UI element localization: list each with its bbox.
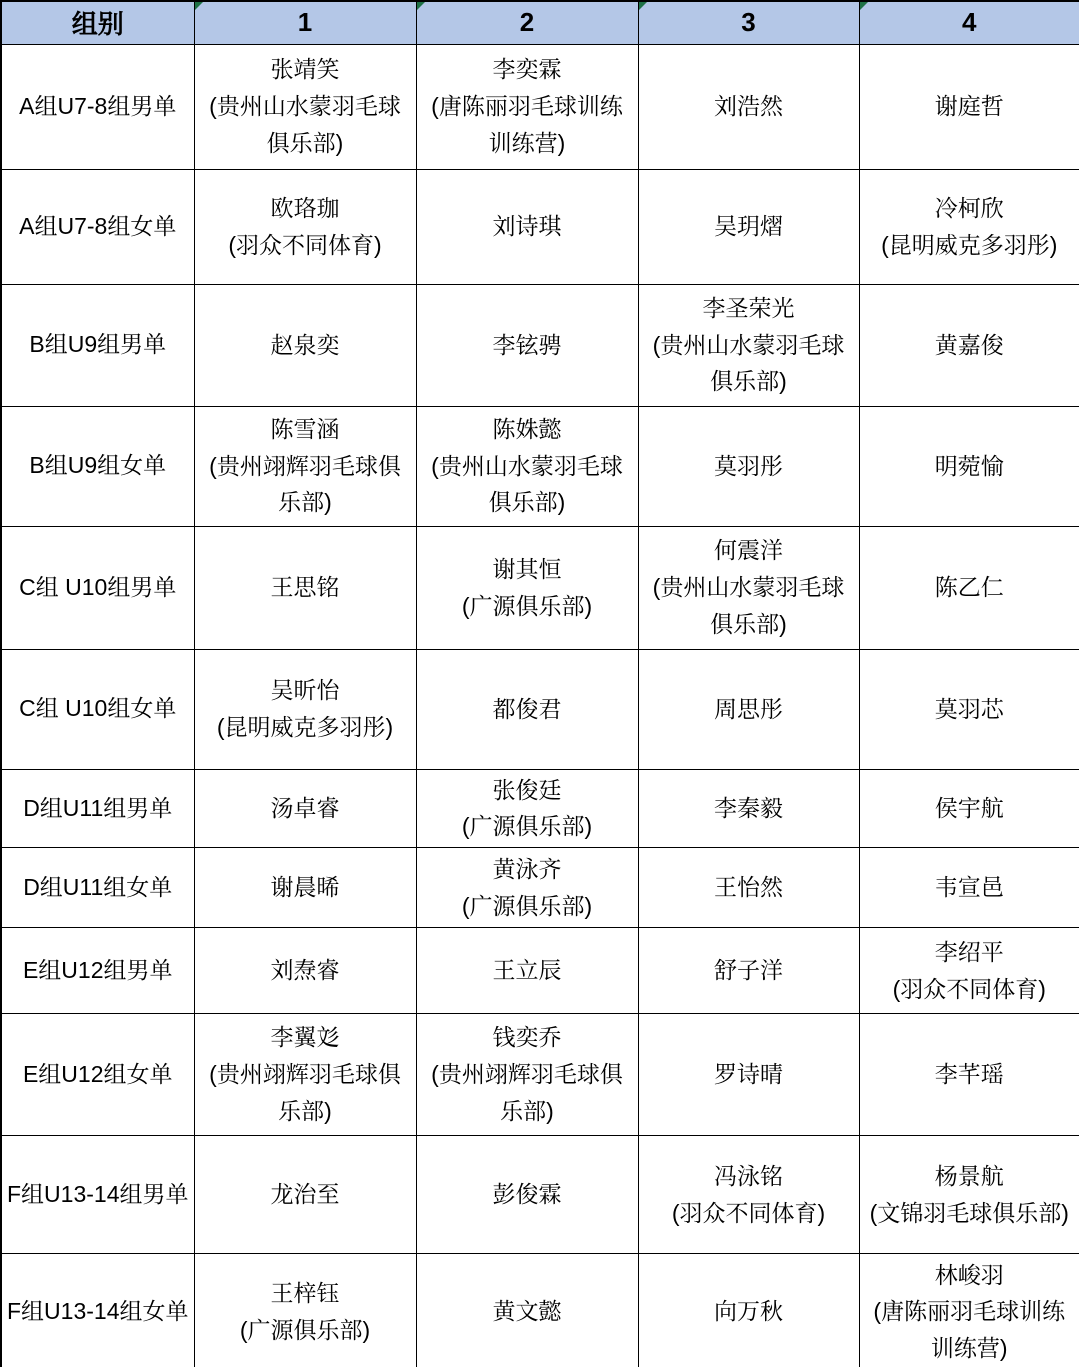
player-cell: 欧珞珈 (羽众不同体育) bbox=[194, 169, 416, 284]
table-row: E组U12组女单 李翼彣 (贵州翊辉羽毛球俱乐部) 钱奕乔 (贵州翊辉羽毛球俱乐… bbox=[1, 1014, 1079, 1136]
player-cell: 谢庭哲 bbox=[859, 44, 1079, 169]
cell-flag-triangle-icon bbox=[639, 2, 647, 10]
player-cell: 杨景航 (文锦羽毛球俱乐部) bbox=[859, 1136, 1079, 1254]
player-cell: 刘浩然 bbox=[638, 44, 859, 169]
table-row: B组U9组男单 赵泉奕 李铉骋 李圣荣光 (贵州山水蒙羽毛球俱乐部) 黄嘉俊 bbox=[1, 284, 1079, 406]
header-seed-1-label: 1 bbox=[298, 7, 312, 37]
header-seed-1: 1 bbox=[194, 1, 416, 44]
table-row: F组U13-14组女单 王梓钰 (广源俱乐部) 黄文懿 向万秋 林峻羽 (唐陈丽… bbox=[1, 1254, 1079, 1367]
header-group-label: 组别 bbox=[72, 9, 124, 39]
player-cell: 吴昕怡 (昆明威克多羽彤) bbox=[194, 649, 416, 769]
header-seed-3: 3 bbox=[638, 1, 859, 44]
player-cell: 王立辰 bbox=[416, 928, 638, 1014]
table-row: F组U13-14组男单 龙治至 彭俊霖 冯泳铭 (羽众不同体育) 杨景航 (文锦… bbox=[1, 1136, 1079, 1254]
player-cell: 韦宣邑 bbox=[859, 848, 1079, 928]
group-cell: E组U12组男单 bbox=[1, 928, 194, 1014]
header-seed-3-label: 3 bbox=[741, 7, 755, 37]
player-cell: 吴玥熠 bbox=[638, 169, 859, 284]
header-seed-4: 4 bbox=[859, 1, 1079, 44]
player-cell: 张俊廷 (广源俱乐部) bbox=[416, 769, 638, 848]
table-row: D组U11组女单 谢晨晞 黄泳齐 (广源俱乐部) 王怡然 韦宣邑 bbox=[1, 848, 1079, 928]
group-cell: F组U13-14组女单 bbox=[1, 1254, 194, 1367]
group-cell: C组 U10组男单 bbox=[1, 526, 194, 649]
player-cell: 王怡然 bbox=[638, 848, 859, 928]
player-cell: 何震洋 (贵州山水蒙羽毛球俱乐部) bbox=[638, 526, 859, 649]
tournament-seeding-sheet: 组别 1 2 3 4 A组U7-8组男单 张靖笑 (贵州山水蒙羽毛球俱乐部) 李… bbox=[0, 0, 1079, 1367]
cell-flag-triangle-icon bbox=[195, 2, 203, 10]
player-cell: 谢晨晞 bbox=[194, 848, 416, 928]
player-cell: 陈乙仁 bbox=[859, 526, 1079, 649]
player-cell: 钱奕乔 (贵州翊辉羽毛球俱乐部) bbox=[416, 1014, 638, 1136]
group-cell: B组U9组男单 bbox=[1, 284, 194, 406]
player-cell: 刘诗琪 bbox=[416, 169, 638, 284]
player-cell: 莫羽彤 bbox=[638, 406, 859, 526]
player-cell: 龙治至 bbox=[194, 1136, 416, 1254]
player-cell: 罗诗晴 bbox=[638, 1014, 859, 1136]
player-cell: 李奕霖 (唐陈丽羽毛球训练训练营) bbox=[416, 44, 638, 169]
table-row: D组U11组男单 汤卓睿 张俊廷 (广源俱乐部) 李秦毅 侯宇航 bbox=[1, 769, 1079, 848]
seeding-table: 组别 1 2 3 4 A组U7-8组男单 张靖笑 (贵州山水蒙羽毛球俱乐部) 李… bbox=[0, 0, 1079, 1367]
player-cell: 李翼彣 (贵州翊辉羽毛球俱乐部) bbox=[194, 1014, 416, 1136]
player-cell: 明菀愉 bbox=[859, 406, 1079, 526]
player-cell: 周思彤 bbox=[638, 649, 859, 769]
player-cell: 李绍平 (羽众不同体育) bbox=[859, 928, 1079, 1014]
cell-flag-triangle-icon bbox=[417, 2, 425, 10]
header-seed-2-label: 2 bbox=[520, 7, 534, 37]
group-cell: B组U9组女单 bbox=[1, 406, 194, 526]
table-row: C组 U10组女单 吴昕怡 (昆明威克多羽彤) 都俊君 周思彤 莫羽芯 bbox=[1, 649, 1079, 769]
player-cell: 黄文懿 bbox=[416, 1254, 638, 1367]
table-row: C组 U10组男单 王思铭 谢其恒 (广源俱乐部) 何震洋 (贵州山水蒙羽毛球俱… bbox=[1, 526, 1079, 649]
player-cell: 李圣荣光 (贵州山水蒙羽毛球俱乐部) bbox=[638, 284, 859, 406]
player-cell: 李秦毅 bbox=[638, 769, 859, 848]
player-cell: 冷柯欣 (昆明威克多羽彤) bbox=[859, 169, 1079, 284]
player-cell: 谢其恒 (广源俱乐部) bbox=[416, 526, 638, 649]
table-row: A组U7-8组男单 张靖笑 (贵州山水蒙羽毛球俱乐部) 李奕霖 (唐陈丽羽毛球训… bbox=[1, 44, 1079, 169]
player-cell: 侯宇航 bbox=[859, 769, 1079, 848]
player-cell: 王思铭 bbox=[194, 526, 416, 649]
group-cell: D组U11组男单 bbox=[1, 769, 194, 848]
player-cell: 张靖笑 (贵州山水蒙羽毛球俱乐部) bbox=[194, 44, 416, 169]
header-seed-4-label: 4 bbox=[962, 7, 976, 37]
group-cell: A组U7-8组男单 bbox=[1, 44, 194, 169]
cell-flag-triangle-icon bbox=[860, 2, 868, 10]
header-row: 组别 1 2 3 4 bbox=[1, 1, 1079, 44]
group-cell: C组 U10组女单 bbox=[1, 649, 194, 769]
group-cell: F组U13-14组男单 bbox=[1, 1136, 194, 1254]
group-cell: A组U7-8组女单 bbox=[1, 169, 194, 284]
header-group-column: 组别 bbox=[1, 1, 194, 44]
player-cell: 赵泉奕 bbox=[194, 284, 416, 406]
player-cell: 李芊瑶 bbox=[859, 1014, 1079, 1136]
player-cell: 王梓钰 (广源俱乐部) bbox=[194, 1254, 416, 1367]
player-cell: 林峻羽 (唐陈丽羽毛球训练训练营) bbox=[859, 1254, 1079, 1367]
player-cell: 莫羽芯 bbox=[859, 649, 1079, 769]
player-cell: 冯泳铭 (羽众不同体育) bbox=[638, 1136, 859, 1254]
player-cell: 黄泳齐 (广源俱乐部) bbox=[416, 848, 638, 928]
header-seed-2: 2 bbox=[416, 1, 638, 44]
player-cell: 舒子洋 bbox=[638, 928, 859, 1014]
player-cell: 黄嘉俊 bbox=[859, 284, 1079, 406]
player-cell: 向万秋 bbox=[638, 1254, 859, 1367]
player-cell: 陈雪涵 (贵州翊辉羽毛球俱乐部) bbox=[194, 406, 416, 526]
player-cell: 都俊君 bbox=[416, 649, 638, 769]
player-cell: 李铉骋 bbox=[416, 284, 638, 406]
group-cell: D组U11组女单 bbox=[1, 848, 194, 928]
table-row: A组U7-8组女单 欧珞珈 (羽众不同体育) 刘诗琪 吴玥熠 冷柯欣 (昆明威克… bbox=[1, 169, 1079, 284]
player-cell: 刘焘睿 bbox=[194, 928, 416, 1014]
table-row: B组U9组女单 陈雪涵 (贵州翊辉羽毛球俱乐部) 陈姝懿 (贵州山水蒙羽毛球俱乐… bbox=[1, 406, 1079, 526]
player-cell: 汤卓睿 bbox=[194, 769, 416, 848]
player-cell: 彭俊霖 bbox=[416, 1136, 638, 1254]
table-row: E组U12组男单 刘焘睿 王立辰 舒子洋 李绍平 (羽众不同体育) bbox=[1, 928, 1079, 1014]
group-cell: E组U12组女单 bbox=[1, 1014, 194, 1136]
player-cell: 陈姝懿 (贵州山水蒙羽毛球俱乐部) bbox=[416, 406, 638, 526]
